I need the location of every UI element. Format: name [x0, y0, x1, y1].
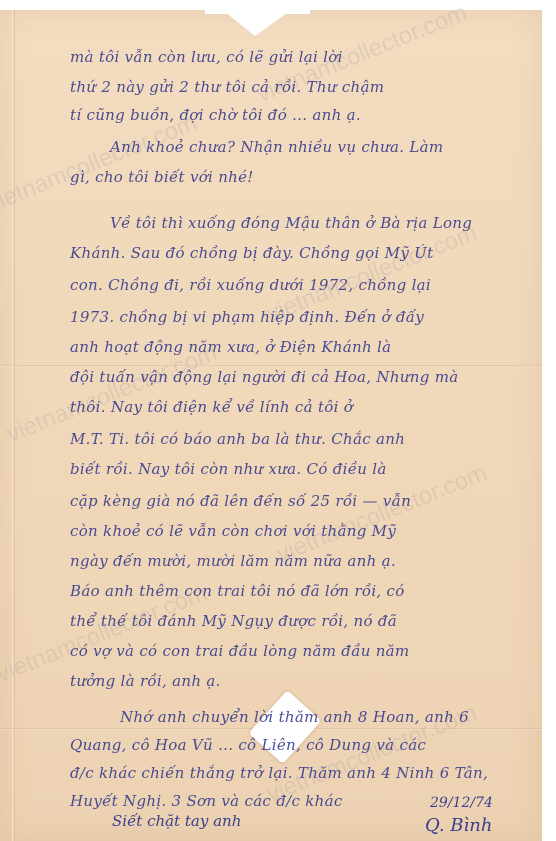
letter-line: thể thế tôi đánh Mỹ Ngụy được rồi, nó đã	[70, 612, 397, 630]
letter-line: Quang, cô Hoa Vũ ... cô Liên, cô Dung và…	[70, 736, 426, 754]
letter-closing: Siết chặt tay anh	[112, 812, 241, 830]
letter-line: cặp kèng già nó đã lên đến số 25 rồi — v…	[70, 492, 411, 510]
torn-notch	[210, 0, 305, 36]
vertical-fold	[12, 10, 15, 841]
horizontal-fold	[0, 365, 542, 367]
letter-line: tí cũng buồn, đợi chờ tôi đó ... anh ạ.	[70, 106, 361, 124]
letter-line: Khánh. Sau đó chồng bị đày. Chồng gọi Mỹ…	[70, 244, 433, 262]
letter-line: con. Chồng đi, rồi xuống dưới 1972, chồn…	[70, 276, 431, 294]
letter-line: 1973. chồng bị vi phạm hiệp định. Đến ở …	[70, 308, 424, 326]
letter-line: anh hoạt động năm xưa, ở Điện Khánh là	[70, 338, 391, 356]
letter-line: đ/c khác chiến thắng trở lại. Thăm anh 4…	[70, 764, 488, 782]
letter-line: Anh khoẻ chưa? Nhận nhiều vụ chưa. Làm	[110, 138, 443, 156]
letter-line: gì, cho tôi biết với nhé!	[70, 168, 254, 186]
letter-line: tưởng là rồi, anh ạ.	[70, 672, 221, 690]
letter-line: M.T. Ti. tôi có báo anh ba là thư. Chắc …	[70, 430, 405, 448]
letter-line: thôi. Nay tôi điện kể về lính cả tôi ở	[70, 398, 353, 416]
signature: Q. Bình	[425, 815, 492, 836]
letter-line: ngày đến mười, mười lăm năm nữa anh ạ.	[70, 552, 396, 570]
letter-line: thứ 2 này gửi 2 thư tôi cả rồi. Thư chậm	[70, 78, 384, 96]
letter-line: còn khoẻ có lẽ vẫn còn chơi với thằng Mỹ	[70, 522, 396, 540]
letter-line: có vợ và có con trai đầu lòng năm đầu nă…	[70, 642, 409, 660]
letter-line: đội tuấn vận động lại người đi cả Hoa, N…	[70, 368, 458, 386]
letter-line: mà tôi vẫn còn lưu, có lẽ gửi lại lời	[70, 48, 343, 66]
letter-line: biết rồi. Nay tôi còn như xưa. Có điều l…	[70, 460, 387, 478]
letter-date: 29/12/74	[430, 795, 493, 811]
letter-line: Báo anh thêm con trai tôi nó đã lớn rồi,…	[70, 582, 405, 600]
letter-line: Nhớ anh chuyển lời thăm anh 8 Hoan, anh …	[120, 708, 469, 726]
letter-line: Về tôi thì xuống đóng Mậu thân ở Bà rịa …	[110, 214, 472, 232]
letter-line: Huyết Nghị. 3 Sơn và các đ/c khác	[70, 792, 343, 810]
